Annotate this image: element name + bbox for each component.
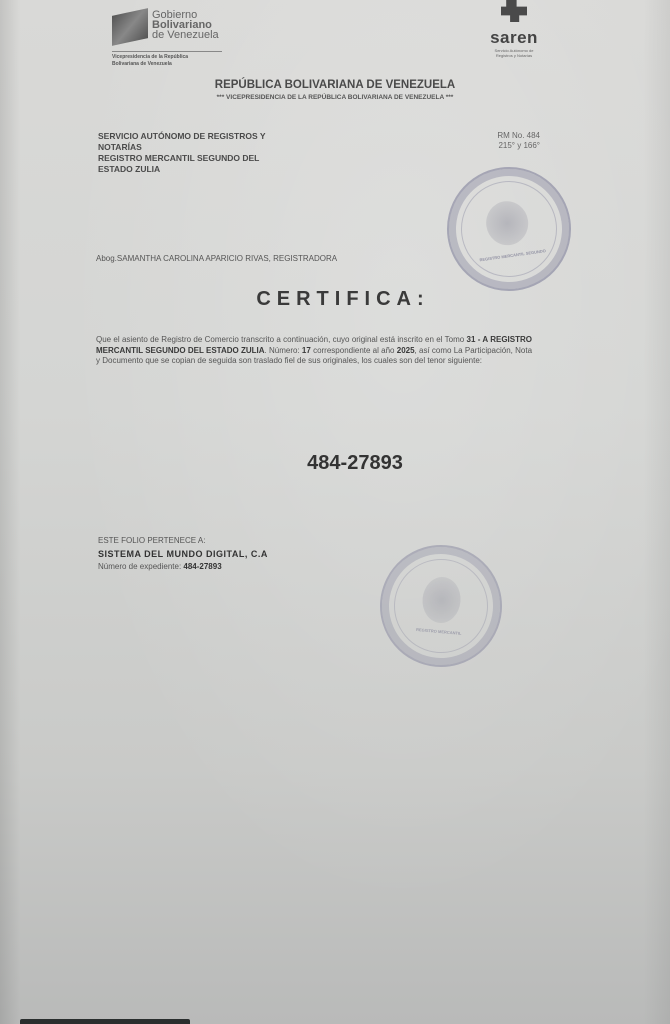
- numero-value: 17: [302, 346, 311, 355]
- gov-logo-sub2: Bolivariana de Venezuela: [112, 61, 188, 68]
- gov-logo-text: Gobierno Bolivariano de Venezuela: [152, 10, 219, 40]
- org-line4: ESTADO ZULIA: [98, 164, 328, 175]
- gov-logo-line3: de Venezuela: [152, 30, 219, 40]
- para-text-1: Que el asiento de Registro de Comercio t…: [96, 335, 467, 344]
- flag-icon: [112, 8, 148, 46]
- gov-logo-sub1: Vicepresidencia de la República: [112, 54, 188, 61]
- divider: [112, 51, 222, 52]
- certifica-title: CERTIFICA:: [0, 288, 670, 311]
- document-header-title: REPÚBLICA BOLIVARIANA DE VENEZUELA: [0, 79, 670, 91]
- org-line1: SERVICIO AUTÓNOMO DE REGISTROS Y: [98, 131, 328, 142]
- document-header-subtitle: *** VICEPRESIDENCIA DE LA REPÚBLICA BOLI…: [0, 94, 670, 101]
- org-line2: NOTARÍAS: [98, 142, 328, 153]
- para-text-2: . Número:: [265, 346, 302, 355]
- expediente-value: 484-27893: [183, 562, 221, 571]
- saren-logo: saren Servicio Autónomo de Registros y N…: [484, 0, 544, 66]
- expediente-line: Número de expediente: 484-27893: [98, 562, 222, 571]
- folio-label: ESTE FOLIO PERTENECE A:: [98, 536, 205, 545]
- organization-block: SERVICIO AUTÓNOMO DE REGISTROS Y NOTARÍA…: [98, 131, 328, 175]
- saren-mark-icon: [501, 0, 527, 22]
- rm-number: RM No. 484: [480, 131, 540, 141]
- saren-wordmark: saren: [484, 28, 544, 48]
- expediente-label: Número de expediente:: [98, 562, 183, 571]
- file-number: 484-27893: [0, 452, 670, 475]
- official-stamp-seal: REGISTRO MERCANTIL SEGUNDO: [439, 159, 579, 299]
- years-reference: 215° y 166°: [480, 141, 540, 151]
- company-name: SISTEMA DEL MUNDO DIGITAL, C.A: [98, 549, 268, 559]
- gobierno-bolivariano-logo: Gobierno Bolivariano de Venezuela Vicepr…: [112, 6, 232, 72]
- org-line3: REGISTRO MERCANTIL SEGUNDO DEL: [98, 153, 328, 164]
- anio-value: 2025: [397, 346, 415, 355]
- certification-paragraph: Que el asiento de Registro de Comercio t…: [96, 335, 532, 367]
- saren-sub2: Registros y Notarías: [484, 53, 544, 58]
- reference-block: RM No. 484 215° y 166°: [480, 131, 540, 151]
- registrar-name: Abog.SAMANTHA CAROLINA APARICIO RIVAS, R…: [96, 254, 337, 263]
- gov-logo-subtitle: Vicepresidencia de la República Bolivari…: [112, 54, 188, 68]
- official-stamp-seal-2: REGISTRO MERCANTIL: [375, 540, 507, 672]
- para-text-3: correspondiente al año: [311, 346, 397, 355]
- page-edge-shadow: [20, 1019, 190, 1024]
